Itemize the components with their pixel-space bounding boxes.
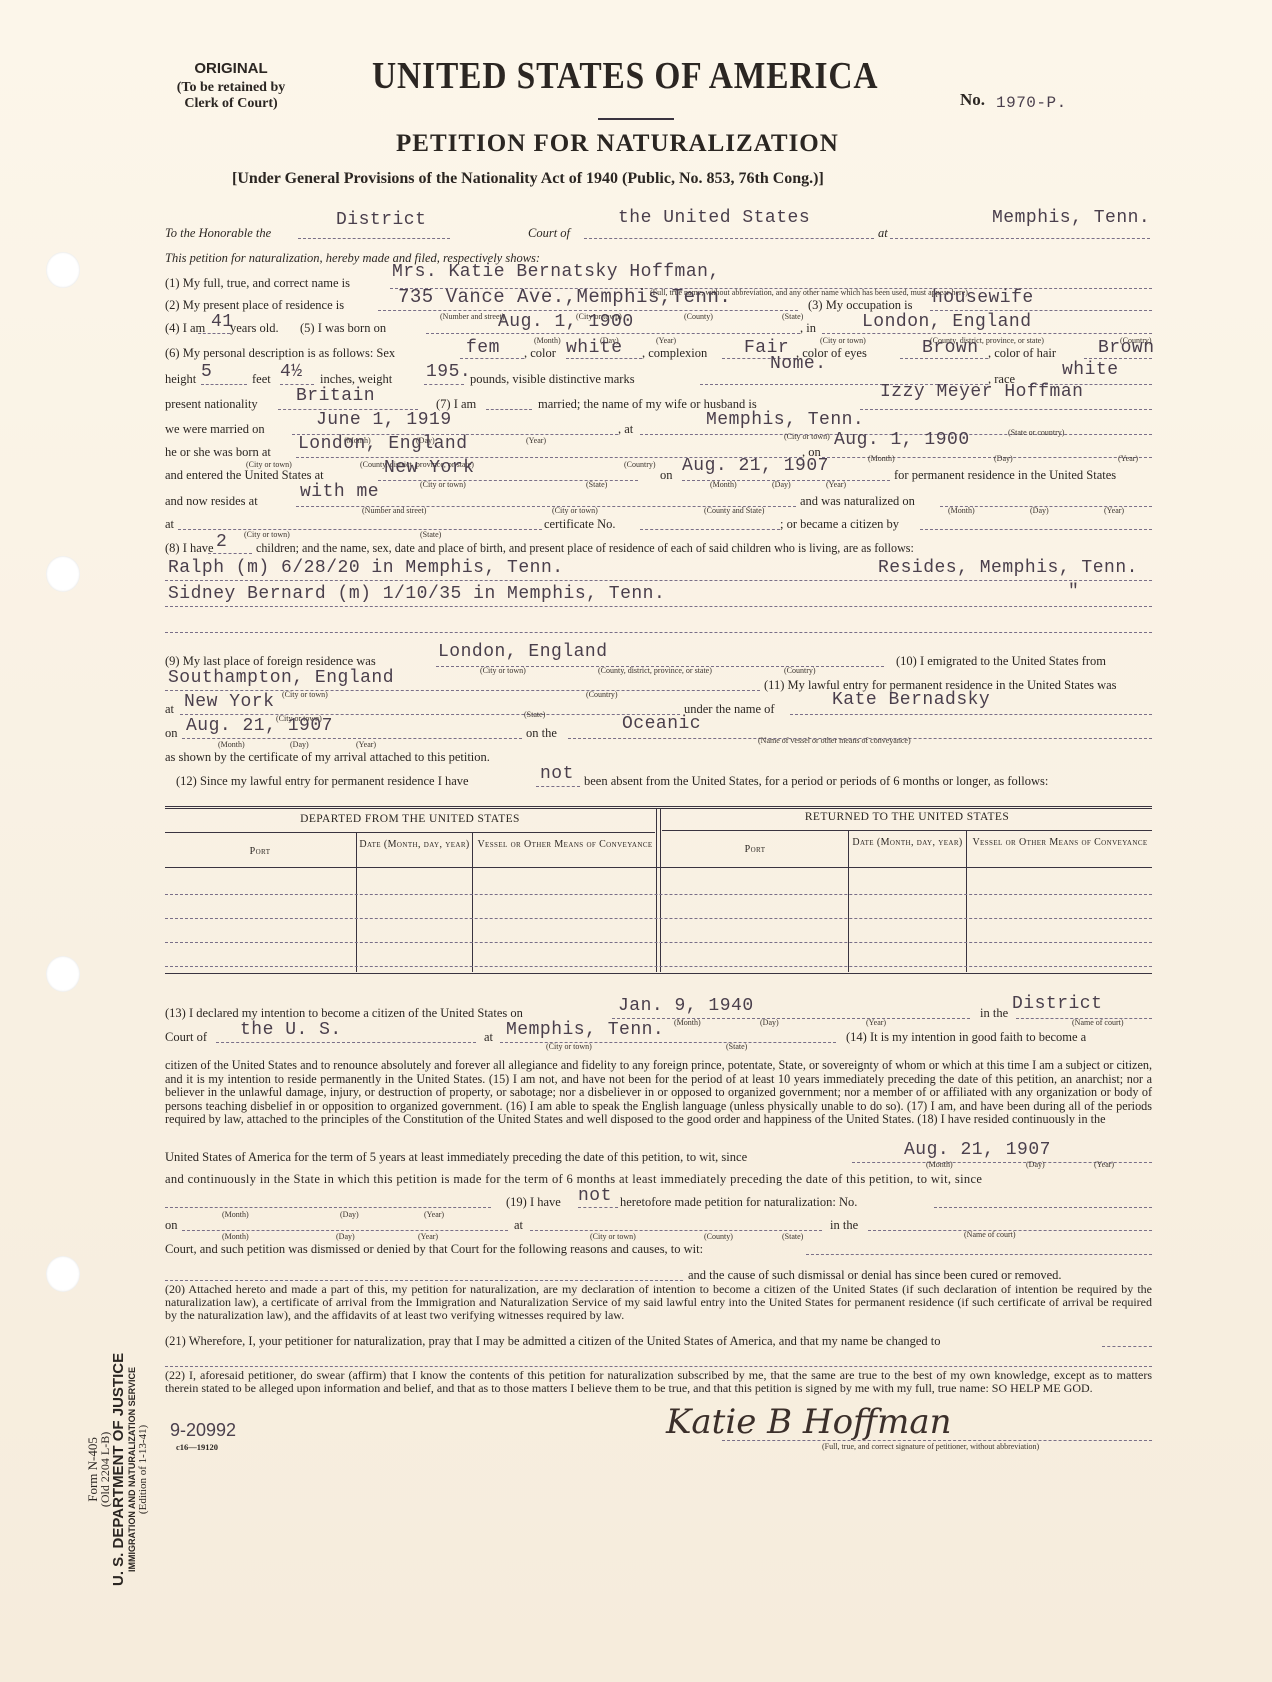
in-the-label: in the [980, 1006, 1008, 1021]
spouse-birth-date-field: Aug. 1, 1900 [834, 430, 970, 450]
child-1-entry: Ralph (m) 6/28/20 in Memphis, Tenn. [168, 558, 564, 578]
hint-state: (State) [524, 710, 545, 719]
became-citizen-label: ; or became a citizen by [780, 517, 899, 532]
married-at-label: , at [618, 422, 633, 437]
punch-hole [46, 956, 80, 992]
form-edition: (Edition of 1-13-41) [137, 1353, 149, 1586]
q10-label: (10) I emigrated to the United States fr… [896, 654, 1106, 669]
dismissed-line: Court, and such petition was dismissed o… [165, 1242, 703, 1257]
hint-city: (City or town) [420, 480, 466, 489]
child-2-entry: Sidney Bernard (m) 1/10/35 in Memphis, T… [168, 584, 665, 604]
q19-label: (19) I have [506, 1195, 561, 1210]
sex-field: fem [466, 338, 500, 358]
q5-label: (5) I was born on [300, 321, 386, 336]
hint-day: (Day) [772, 480, 791, 489]
q9-label: (9) My last place of foreign residence w… [165, 654, 376, 669]
hint-year: (Year) [826, 480, 846, 489]
col-date-departed: Date (Month, day, year) [357, 838, 472, 851]
hint-year: (Year) [1094, 1160, 1114, 1169]
hint-city: (City or town) [552, 506, 598, 515]
naturalization-petition-page: ORIGINAL (To be retained by Clerk of Cou… [0, 0, 1272, 1682]
spouse-entry-on-label: on [660, 468, 673, 483]
q21-line: (21) Wherefore, I, your petitioner for n… [165, 1334, 941, 1349]
petition-number: 1970-P. [996, 94, 1067, 112]
married-on-label: we were married on [165, 422, 265, 437]
hint-state-country: (State or country) [1008, 428, 1064, 437]
at-label-3: at [514, 1218, 523, 1233]
entered-label: and entered the United States at [165, 468, 324, 483]
original-label: ORIGINAL [176, 60, 286, 77]
hint-month: (Month) [926, 1160, 953, 1169]
q12-label: (12) Since my lawful entry for permanent… [176, 774, 469, 789]
cured-line: and the cause of such dismissal or denia… [688, 1268, 1062, 1283]
returned-header: RETURNED TO THE UNITED STATES [662, 811, 1152, 823]
signature-caption: (Full, true, and correct signature of pe… [822, 1442, 1039, 1451]
on-the-label: on the [526, 726, 557, 741]
hint-year: (Year) [866, 1018, 886, 1027]
hint-country: (Country) [586, 690, 618, 699]
number-label: No. [960, 90, 985, 110]
birth-place-field: London, England [862, 312, 1032, 332]
departed-header: DEPARTED FROM THE UNITED STATES [165, 813, 655, 825]
allegiance-paragraph: citizen of the United States and to reno… [165, 1059, 1152, 1127]
q6-label: (6) My personal description is as follow… [165, 346, 395, 361]
hint-state: (State) [726, 1042, 747, 1051]
hint-number-street: (Number and street) [440, 312, 504, 321]
spouse-birthplace-field: London, England [298, 434, 468, 454]
spouse-residence-field: with me [300, 482, 379, 502]
color-label: , color [524, 346, 556, 361]
hint-month: (Month) [218, 740, 245, 749]
hint-number-street: (Number and street) [362, 506, 426, 515]
q20-paragraph: (20) Attached hereto and made a part of … [165, 1283, 1152, 1322]
hint-state: (State) [420, 530, 441, 539]
complexion-label: , complexion [642, 346, 707, 361]
q3-label: (3) My occupation is [808, 298, 913, 313]
entry-name-field: Kate Bernadsky [832, 690, 990, 710]
hint-county: (County) [704, 1232, 733, 1241]
now-resides-label: and now resides at [165, 494, 258, 509]
title-rule [598, 118, 674, 120]
file-number: 9-20992 [170, 1420, 236, 1441]
intention-court-field: District [1012, 994, 1102, 1014]
hint-month: (Month) [222, 1232, 249, 1241]
court-of-label-2: Court of [165, 1030, 207, 1045]
child-2-residence: " [1068, 582, 1079, 602]
vessel-hint: (Name of vessel or other means of convey… [758, 736, 911, 745]
service-name: IMMIGRATION AND NATURALIZATION SERVICE [127, 1353, 137, 1586]
q8-label: (8) I have [165, 541, 214, 556]
q5-in-label: , in [800, 321, 816, 336]
hint-day: (Day) [1030, 506, 1049, 515]
document-subtitle: PETITION FOR NATURALIZATION [396, 130, 839, 158]
nationality-label: present nationality [165, 397, 258, 412]
arrival-note: as shown by the certificate of my arriva… [165, 750, 490, 765]
col-vessel-departed: Vessel or Other Means of Conveyance [474, 838, 656, 851]
hint-month: (Month) [534, 336, 561, 345]
hint-day: (Day) [336, 1232, 355, 1241]
court-at-label: at [878, 226, 888, 241]
marks-field: Nome. [770, 354, 827, 374]
naturalized-label: and was naturalized on [800, 494, 915, 509]
document-title: UNITED STATES OF AMERICA [372, 54, 878, 98]
resided-since-field: Aug. 21, 1907 [904, 1140, 1051, 1160]
col-port-departed: Port [165, 846, 355, 857]
hint-city: (City or town) [784, 432, 830, 441]
entry-date-field: Aug. 21, 1907 [186, 716, 333, 736]
at-label: at [165, 517, 174, 532]
court-type: District [336, 210, 426, 230]
q14-label: (14) It is my intention in good faith to… [846, 1030, 1086, 1045]
emigrated-from-field: Southampton, England [168, 668, 394, 688]
hint-state: (State) [586, 480, 607, 489]
hint-city: (City or town) [480, 666, 526, 675]
hint-county-state: (County and State) [704, 506, 764, 515]
marriage-date-field: June 1, 1919 [316, 410, 452, 430]
pounds-label: pounds, visible distinctive marks [470, 372, 635, 387]
hint-day: (Day) [994, 454, 1013, 463]
q18-line: United States of America for the term of… [165, 1150, 747, 1165]
form-sidebar: Form N-405 (Old 2204 L-B) U. S. DEPARTME… [86, 1353, 149, 1586]
hint-court-name: (Name of court) [1072, 1018, 1124, 1027]
race-field: white [1062, 360, 1119, 380]
birth-date-field: Aug. 1, 1900 [498, 312, 634, 332]
at-label-2: at [484, 1030, 493, 1045]
state-residence-line: and continuously in the State in which t… [165, 1172, 982, 1187]
petitioner-signature: Katie B Hoffman [666, 1402, 952, 1442]
vessel-field: Oceanic [622, 714, 701, 734]
q4-suffix: years old. [230, 321, 279, 336]
hint-day: (Day) [340, 1210, 359, 1219]
hint-city: (City or town) [282, 690, 328, 699]
q13-label: (13) I declared my intention to become a… [165, 1006, 523, 1021]
entry-on-label: on [165, 726, 178, 741]
print-code: c16—19120 [176, 1442, 218, 1452]
in-the-label-2: in the [830, 1218, 858, 1233]
original-note-2: Clerk of Court) [156, 96, 306, 112]
on-label: on [165, 1218, 178, 1233]
hint-month: (Month) [948, 506, 975, 515]
intention-date-field: Jan. 9, 1940 [618, 996, 754, 1016]
hint-year: (Year) [418, 1232, 438, 1241]
original-note-1: (To be retained by [156, 80, 306, 96]
table-center-divider [656, 808, 661, 972]
hint-month: (Month) [710, 480, 737, 489]
hint-year: (Year) [356, 740, 376, 749]
q12-suffix: been absent from the United States, for … [584, 774, 1048, 789]
eyes-field: Brown [922, 338, 979, 358]
department-name: U. S. DEPARTMENT OF JUSTICE [111, 1353, 127, 1586]
last-foreign-residence-field: London, England [438, 642, 608, 662]
q19-value-field: not [578, 1186, 612, 1206]
spouse-name-field: Izzy Meyer Hoffman [880, 382, 1083, 402]
height-inches-field: 4½ [280, 362, 303, 382]
court-prefix: To the Honorable the [165, 226, 271, 241]
q12-value-field: not [540, 764, 574, 784]
punch-hole [46, 556, 80, 592]
children-count-field: 2 [216, 532, 227, 552]
hint-day: (Day) [290, 740, 309, 749]
court-location: Memphis, Tenn. [992, 208, 1150, 228]
hair-label: , color of hair [988, 346, 1056, 361]
entry-place-field: New York [184, 692, 274, 712]
entered-suffix: for permanent residence in the United St… [894, 468, 1116, 483]
col-vessel-returned: Vessel or Other Means of Conveyance [968, 836, 1152, 849]
color-field: white [566, 338, 623, 358]
q2-label: (2) My present place of residence is [165, 298, 344, 313]
spouse-entry-place-field: New York [384, 458, 474, 478]
weight-field: 195. [426, 362, 471, 382]
hint-month: (Month) [674, 1018, 701, 1027]
col-port-returned: Port [662, 844, 848, 855]
court-name: the United States [618, 208, 810, 228]
authority-line: [Under General Provisions of the Nationa… [232, 170, 824, 188]
hint-country: (Country) [624, 460, 656, 469]
q1-label: (1) My full, true, and correct name is [165, 276, 350, 291]
residence-field: 735 Vance Ave.,Memphis,Tenn. [398, 286, 731, 308]
hint-month: (Month) [868, 454, 895, 463]
height-label: height [165, 372, 196, 387]
hint-day: (Day) [1026, 1160, 1045, 1169]
col-date-returned: Date (Month, day, year) [849, 836, 966, 849]
occupation-field: housewife [932, 288, 1034, 308]
court-of-label: Court of [528, 226, 570, 241]
child-1-residence: Resides, Memphis, Tenn. [878, 558, 1138, 578]
q19-suffix: heretofore made petition for naturalizat… [620, 1195, 857, 1210]
hint-month: (Month) [222, 1210, 249, 1219]
hint-county-district: (County, district, province, or state) [598, 666, 712, 675]
hint-city: (City or town) [244, 530, 290, 539]
intention-place-field: Memphis, Tenn. [506, 1020, 664, 1040]
hint-year: (Year) [1104, 506, 1124, 515]
hint-country: (Country) [784, 666, 816, 675]
q22-paragraph: (22) I, aforesaid petitioner, do swear (… [165, 1369, 1152, 1395]
full-name-field: Mrs. Katie Bernatsky Hoffman, [392, 262, 720, 282]
hint-court-name: (Name of court) [964, 1230, 1016, 1239]
spouse-entry-date-field: Aug. 21, 1907 [682, 456, 829, 476]
hint-year: (Year) [1118, 454, 1138, 463]
punch-hole [46, 252, 80, 288]
q8-suffix: children; and the name, sex, date and pl… [256, 541, 914, 556]
feet-label: feet [252, 372, 271, 387]
height-feet-field: 5 [201, 362, 212, 382]
hint-year: (Year) [526, 436, 546, 445]
hint-county: (County) [684, 312, 713, 321]
hint-city: (City or town) [546, 1042, 592, 1051]
marriage-place-field: Memphis, Tenn. [706, 410, 864, 430]
entry-at-label: at [165, 702, 174, 717]
hint-day: (Day) [760, 1018, 779, 1027]
hint-state: (State) [782, 312, 803, 321]
certificate-label: certificate No. [544, 517, 615, 532]
hint-state: (State) [782, 1232, 803, 1241]
spouse-born-label: he or she was born at [165, 445, 271, 460]
punch-hole [46, 1256, 80, 1292]
inches-label: inches, weight [320, 372, 392, 387]
hint-city: (City or town) [590, 1232, 636, 1241]
hint-year: (Year) [656, 336, 676, 345]
hint-year: (Year) [424, 1210, 444, 1219]
nationality-field: Britain [296, 386, 375, 406]
hint-city-town: (City or town) [820, 336, 866, 345]
intention-court-of-field: the U. S. [240, 1020, 342, 1040]
hair-field: Brown [1098, 338, 1155, 358]
